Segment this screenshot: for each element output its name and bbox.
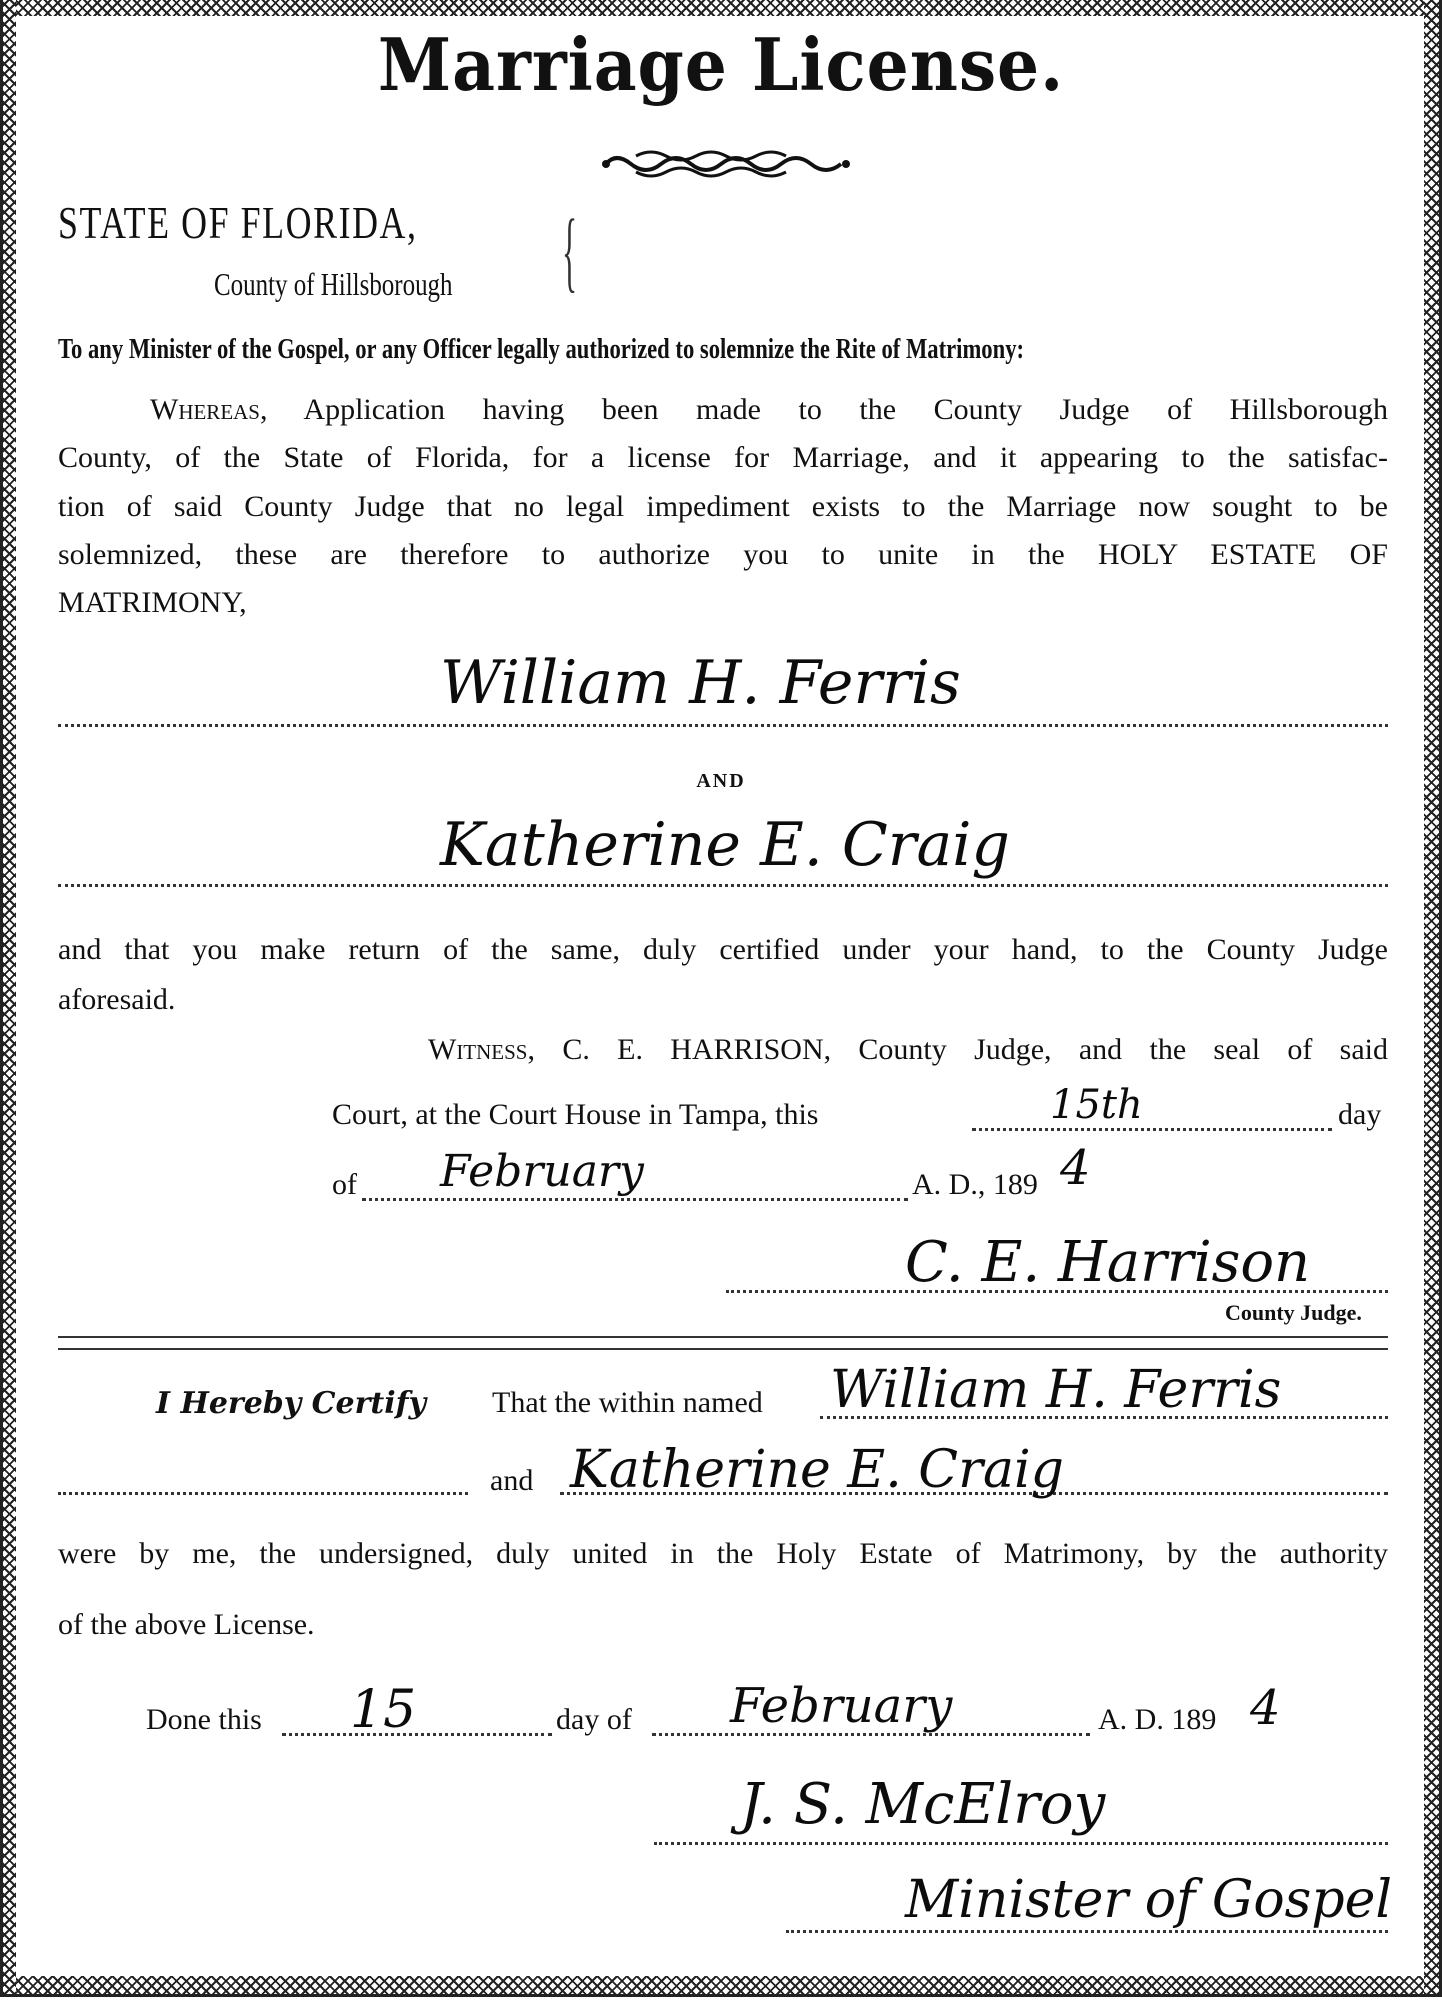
bride-name-line (58, 884, 1388, 887)
state-heading: STATE OF FLORIDA, (58, 196, 418, 249)
judge-title: County Judge. (1225, 1300, 1362, 1326)
certificate-intro: That the within named (492, 1386, 763, 1420)
county-heading: County of Hillsborough (214, 266, 453, 303)
groom-name-line (58, 724, 1388, 727)
court-month-line (362, 1198, 908, 1201)
court-year-digit-handwritten: 4 (1060, 1140, 1091, 1196)
certificate-and-label: and (490, 1464, 533, 1498)
done-day-line (282, 1733, 552, 1736)
done-day-handwritten: 15 (350, 1680, 416, 1740)
whereas-line-1: Whereas, Application having been made to… (150, 393, 1388, 427)
court-line-prefix: Court, at the Court House in Tampa, this (332, 1098, 818, 1132)
addressee-line: To any Minister of the Gospel, or any Of… (58, 333, 1024, 366)
return-line-2: aforesaid. (58, 983, 175, 1017)
court-day-line (972, 1128, 1332, 1131)
certificate-body-line-2: of the above License. (58, 1608, 315, 1642)
ornamental-border-left (0, 0, 16, 1994)
ornamental-border-bottom (0, 1976, 1442, 1997)
done-label: Done this (146, 1703, 262, 1737)
ornamental-border-top (0, 0, 1442, 16)
certificate-groom-handwritten: William H. Ferris (830, 1360, 1281, 1420)
flourish-ornament-icon (596, 142, 856, 182)
court-line-suffix: day (1338, 1098, 1381, 1132)
whereas-line-5: MATRIMONY, (58, 586, 247, 620)
of-label: of (332, 1168, 357, 1202)
day-of-label: day of (556, 1703, 632, 1737)
groom-name-handwritten: William H. Ferris (440, 648, 961, 718)
done-year-digit-handwritten: 4 (1250, 1680, 1281, 1736)
court-day-handwritten: 15th (1050, 1082, 1143, 1128)
certificate-body-line-1: were by me, the undersigned, duly united… (58, 1537, 1388, 1571)
certificate-bride-handwritten: Katherine E. Craig (570, 1440, 1064, 1500)
done-ad-label: A. D. 189 (1098, 1703, 1216, 1737)
whereas-line-3: tion of said County Judge that no legal … (58, 490, 1388, 524)
return-line-1: and that you make return of the same, du… (58, 933, 1388, 967)
officiant-signature-line (654, 1842, 1388, 1845)
section-divider-top (58, 1336, 1388, 1338)
and-label: AND (0, 770, 1442, 793)
certificate-blank-line (58, 1492, 468, 1495)
done-month-handwritten: February (730, 1678, 952, 1734)
brace-icon: { (562, 200, 577, 303)
whereas-line-4: solemnized, these are therefore to autho… (58, 538, 1388, 572)
officiant-title-handwritten: Minister of Gospel (905, 1870, 1392, 1930)
court-month-handwritten: February (440, 1146, 644, 1197)
certificate-heading: I Hereby Certify (156, 1386, 426, 1421)
section-divider-bottom (58, 1348, 1388, 1350)
whereas-line-2: County, of the State of Florida, for a l… (58, 441, 1388, 475)
officiant-title-line (786, 1930, 1388, 1933)
judge-signature-handwritten: C. E. Harrison (905, 1230, 1310, 1295)
officiant-signature-handwritten: J. S. McElroy (740, 1772, 1105, 1837)
ornamental-border-right (1424, 0, 1442, 1994)
ad-label: A. D., 189 (912, 1168, 1038, 1202)
witness-line: Witness, C. E. HARRISON, County Judge, a… (428, 1033, 1388, 1067)
whereas-lead: Whereas, (150, 393, 268, 426)
bride-name-handwritten: Katherine E. Craig (440, 810, 1010, 880)
document-title: Marriage License. (58, 22, 1385, 107)
judge-signature-line (726, 1290, 1388, 1293)
